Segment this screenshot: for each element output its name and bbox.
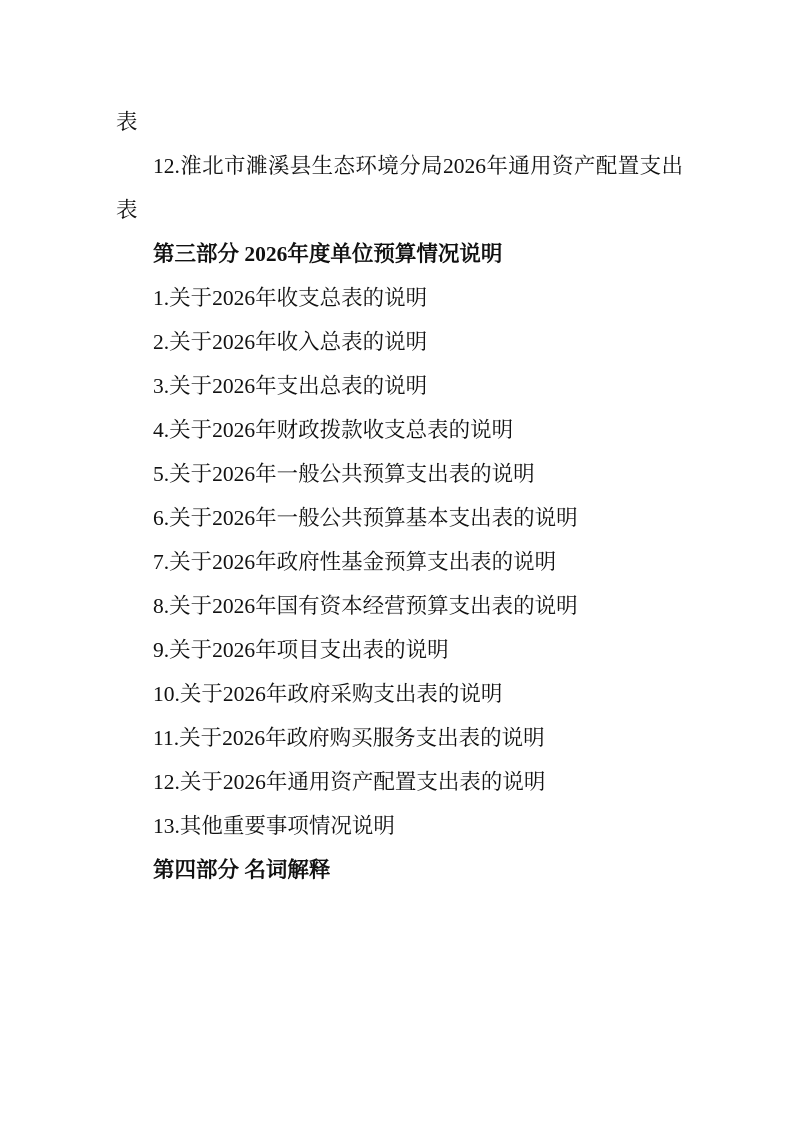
toc-wrapped-tail-line: 表: [116, 100, 683, 144]
toc-item: 1.关于2026年收支总表的说明: [116, 276, 683, 320]
toc-item: 8.关于2026年国有资本经营预算支出表的说明: [116, 584, 683, 628]
toc-item: 12.关于2026年通用资产配置支出表的说明: [116, 760, 683, 804]
toc-item: 9.关于2026年项目支出表的说明: [116, 628, 683, 672]
toc-item: 11.关于2026年政府购买服务支出表的说明: [116, 716, 683, 760]
toc-item: 10.关于2026年政府采购支出表的说明: [116, 672, 683, 716]
section-heading-part4: 第四部分 名词解释: [116, 848, 683, 892]
toc-item: 4.关于2026年财政拨款收支总表的说明: [116, 408, 683, 452]
toc-item: 5.关于2026年一般公共预算支出表的说明: [116, 452, 683, 496]
section-heading-part3: 第三部分 2026年度单位预算情况说明: [116, 232, 683, 276]
toc-item: 13.其他重要事项情况说明: [116, 804, 683, 848]
toc-item: 2.关于2026年收入总表的说明: [116, 320, 683, 364]
toc-item-part2-12: 12.淮北市濉溪县生态环境分局2026年通用资产配置支出: [116, 144, 683, 188]
document-content: 表 12.淮北市濉溪县生态环境分局2026年通用资产配置支出 表 第三部分 20…: [116, 100, 683, 892]
toc-item: 3.关于2026年支出总表的说明: [116, 364, 683, 408]
toc-item: 7.关于2026年政府性基金预算支出表的说明: [116, 540, 683, 584]
toc-item: 6.关于2026年一般公共预算基本支出表的说明: [116, 496, 683, 540]
document-page: 表 12.淮北市濉溪县生态环境分局2026年通用资产配置支出 表 第三部分 20…: [0, 0, 793, 1122]
toc-wrapped-tail-line: 表: [116, 188, 683, 232]
